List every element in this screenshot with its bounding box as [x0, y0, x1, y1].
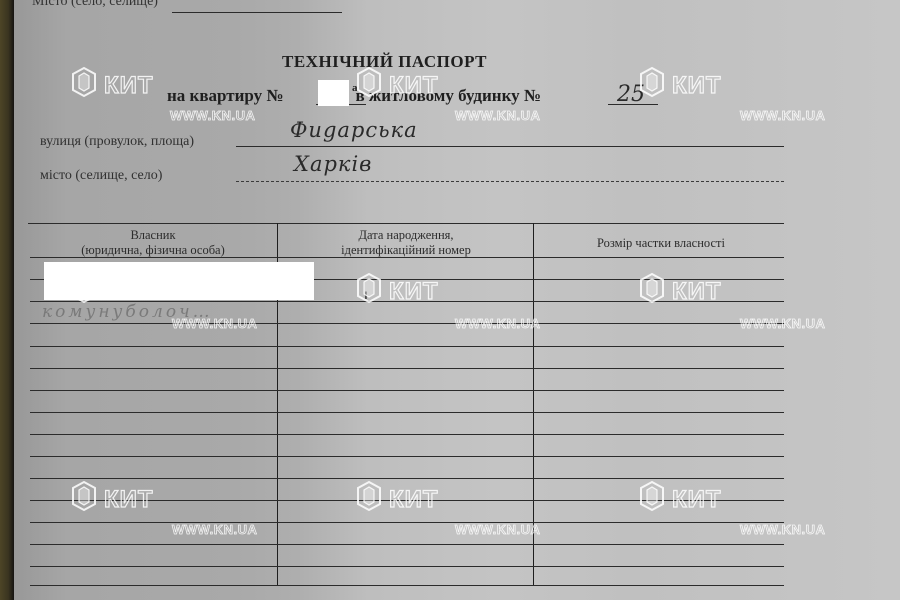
watermark-logo: КИТ: [70, 66, 154, 105]
street-label: вулиця (провулок, площа): [40, 134, 194, 150]
kit-logo-icon: [355, 66, 383, 105]
subtitle-prefix: на квартиру №: [167, 86, 283, 105]
watermark-brand: КИТ: [672, 278, 722, 306]
watermark-logo: КИТ: [638, 66, 722, 105]
watermark-brand: КИТ: [672, 72, 722, 100]
kit-logo-icon: [638, 480, 666, 519]
watermark-logo: КИТ: [355, 272, 439, 311]
watermark-url: WWW.KN.UA: [455, 108, 540, 123]
watermark-brand: КИТ: [104, 278, 154, 306]
top-field-underline: [172, 12, 342, 13]
table-row-line: [30, 478, 784, 479]
watermark-brand: КИТ: [389, 72, 439, 100]
street-underline: [236, 146, 784, 147]
table-row-line: [30, 390, 784, 391]
table-row-line: [30, 412, 784, 413]
table-row-line: [30, 368, 784, 369]
kit-logo-icon: [638, 66, 666, 105]
watermark-url: WWW.KN.UA: [455, 316, 540, 331]
watermark-brand: КИТ: [104, 486, 154, 514]
header-birth-id: Дата народження, ідентифікаційний номер: [280, 228, 532, 258]
city-value: Харків: [294, 152, 372, 176]
kit-logo-icon: [70, 66, 98, 105]
header-owner-line2: (юридична, фізична особа): [30, 243, 276, 258]
watermark-logo: КИТ: [355, 480, 439, 519]
header-share-line1: Розмір частки власності: [536, 236, 786, 251]
header-birth-line2: ідентифікаційний номер: [280, 243, 532, 258]
table-row-line: [30, 566, 784, 567]
watermark-url: WWW.KN.UA: [740, 108, 825, 123]
header-birth-line1: Дата народження,: [280, 228, 532, 243]
watermark-logo: КИТ: [638, 480, 722, 519]
street-value: Фиgарська: [290, 118, 418, 142]
watermark-brand: КИТ: [104, 72, 154, 100]
kit-logo-icon: [355, 272, 383, 311]
header-share: Розмір частки власності: [536, 236, 786, 251]
table-top-border: [28, 223, 784, 224]
table-row-line: [30, 544, 784, 545]
header-owner-line1: Власник: [30, 228, 276, 243]
table-row-line: [30, 522, 784, 523]
watermark-brand: КИТ: [672, 486, 722, 514]
table-row-line: [30, 434, 784, 435]
kit-logo-icon: [638, 272, 666, 311]
table-row-line: [30, 585, 784, 586]
kit-logo-icon: [70, 480, 98, 519]
watermark-url: WWW.KN.UA: [172, 522, 257, 537]
watermark-brand: КИТ: [389, 486, 439, 514]
table-row-line: [30, 456, 784, 457]
city-label: місто (селище, село): [40, 168, 162, 184]
page-edge: [0, 0, 14, 600]
header-owner: Власник (юридична, фізична особа): [30, 228, 276, 258]
watermark-logo: КИТ: [355, 66, 439, 105]
watermark-logo: КИТ: [70, 272, 154, 311]
top-field-label: Місто (село, селище): [32, 0, 158, 10]
watermark-url: WWW.KN.UA: [740, 316, 825, 331]
table-row-line: [30, 346, 784, 347]
watermark-logo: КИТ: [70, 480, 154, 519]
watermark-url: WWW.KN.UA: [455, 522, 540, 537]
watermark-url: WWW.KN.UA: [170, 108, 255, 123]
watermark-url: WWW.KN.UA: [740, 522, 825, 537]
watermark-brand: КИТ: [389, 278, 439, 306]
kit-logo-icon: [355, 480, 383, 519]
table-row-line: [30, 257, 784, 258]
flat-number-redaction: [318, 80, 349, 106]
table-row-line: [30, 323, 784, 324]
watermark-url: WWW.KN.UA: [172, 316, 257, 331]
watermark-logo: КИТ: [638, 272, 722, 311]
city-underline: [236, 181, 784, 182]
kit-logo-icon: [70, 272, 98, 311]
